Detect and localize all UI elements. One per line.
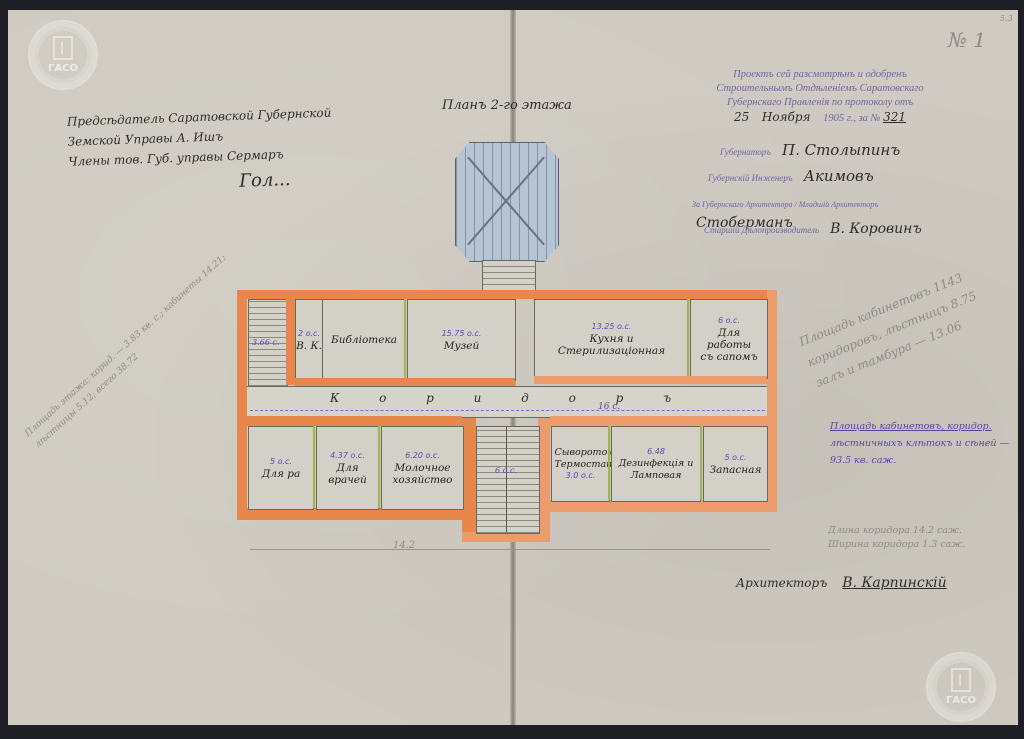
corridor-north-wall-west — [295, 378, 515, 386]
left-endorsement: Предсѣдатель Саратовской Губернской Земс… — [67, 100, 400, 197]
stairs-left-area: 3.66 с. — [252, 338, 279, 347]
approval-month: Ноября — [762, 110, 811, 124]
center-projection-west — [462, 416, 476, 542]
room-storage: 5 о.с. Запасная — [703, 426, 768, 502]
emblem-icon — [951, 668, 971, 692]
dimension-label: 14.2 — [393, 540, 415, 551]
protocol-number: 321 — [883, 110, 906, 124]
corridor-dimensions-note: Длина коридора 14.2 саж. Ширина коридора… — [828, 524, 965, 552]
room-a: 5 о.с. Для ра — [248, 426, 314, 510]
partition — [687, 299, 689, 377]
corridor-area: 16 с. — [598, 402, 620, 412]
partition — [378, 426, 380, 508]
east-wall — [767, 290, 777, 510]
corner-mark: 5.3 — [1000, 14, 1013, 23]
archive-seal-bottom-right: ГАСО — [926, 652, 996, 722]
emblem-icon — [53, 36, 73, 60]
room-glanders-lab: 6 о.с. Для работы съ сапомъ — [690, 299, 768, 379]
signatory-clerk: Старшій Дѣлопроизводитель В. Коровинъ — [704, 218, 922, 237]
signatory-governor: Губернаторъ П. Столыпинъ — [720, 140, 900, 159]
partition — [608, 426, 610, 500]
architect-role: Архитекторъ — [736, 576, 827, 590]
architect-signature-block: Архитекторъ В. Карпинскій — [736, 572, 947, 591]
room-library: Библіотека — [322, 299, 406, 381]
room-disinfection: 6.48 Дезинфекція и Ламповая — [611, 426, 701, 502]
archive-seal-top-left: ГАСО — [28, 20, 98, 90]
corridor-north-wall-east — [534, 376, 767, 384]
room-kitchen-sterilization: 13.25 о.с. Кухня и Стерилизаціонная — [534, 299, 689, 379]
stairs-center — [476, 426, 540, 534]
partition — [700, 426, 702, 500]
room-museum: 15.75 о.с. Музей — [407, 299, 516, 381]
area-note: Площадь кабинетовъ, коридор. лѣстничныхъ… — [830, 418, 1020, 469]
room-serum-thermostat: Сыворотокъ Термостатъ 3.0 о.с. — [551, 426, 610, 502]
dimension-line — [250, 549, 770, 550]
sheet-number: № 1 — [948, 28, 986, 52]
partition — [404, 299, 406, 379]
approval-day: 25 — [734, 110, 749, 124]
north-wall — [237, 290, 777, 299]
room-wc: 2 о.с. В. К. — [295, 299, 323, 381]
corridor-south-wall-east — [550, 416, 767, 426]
plan-title: Планъ 2-го этажа — [442, 98, 572, 113]
signatory-engineer: Губернскій Инженеръ Акимовъ — [708, 166, 874, 185]
stairs-divider — [506, 426, 507, 532]
corridor-label: К о р и д о р ъ — [330, 391, 689, 405]
room-dairy: 6.20 о.с. Молочное хозяйство — [381, 426, 464, 510]
architect-signature: В. Карпинскій — [842, 575, 946, 591]
tower-stairs — [482, 260, 536, 292]
approval-stamp: Проектъ сей разсмотрѣнъ и одобренъ Строи… — [700, 68, 940, 126]
corridor-south-wall-west — [247, 416, 462, 426]
room-doctors: 4.37 о.с. Для врачей — [316, 426, 379, 510]
partition — [313, 426, 315, 508]
west-wall — [237, 290, 247, 520]
wall-segment — [286, 299, 295, 385]
corridor-centerline — [250, 410, 765, 411]
